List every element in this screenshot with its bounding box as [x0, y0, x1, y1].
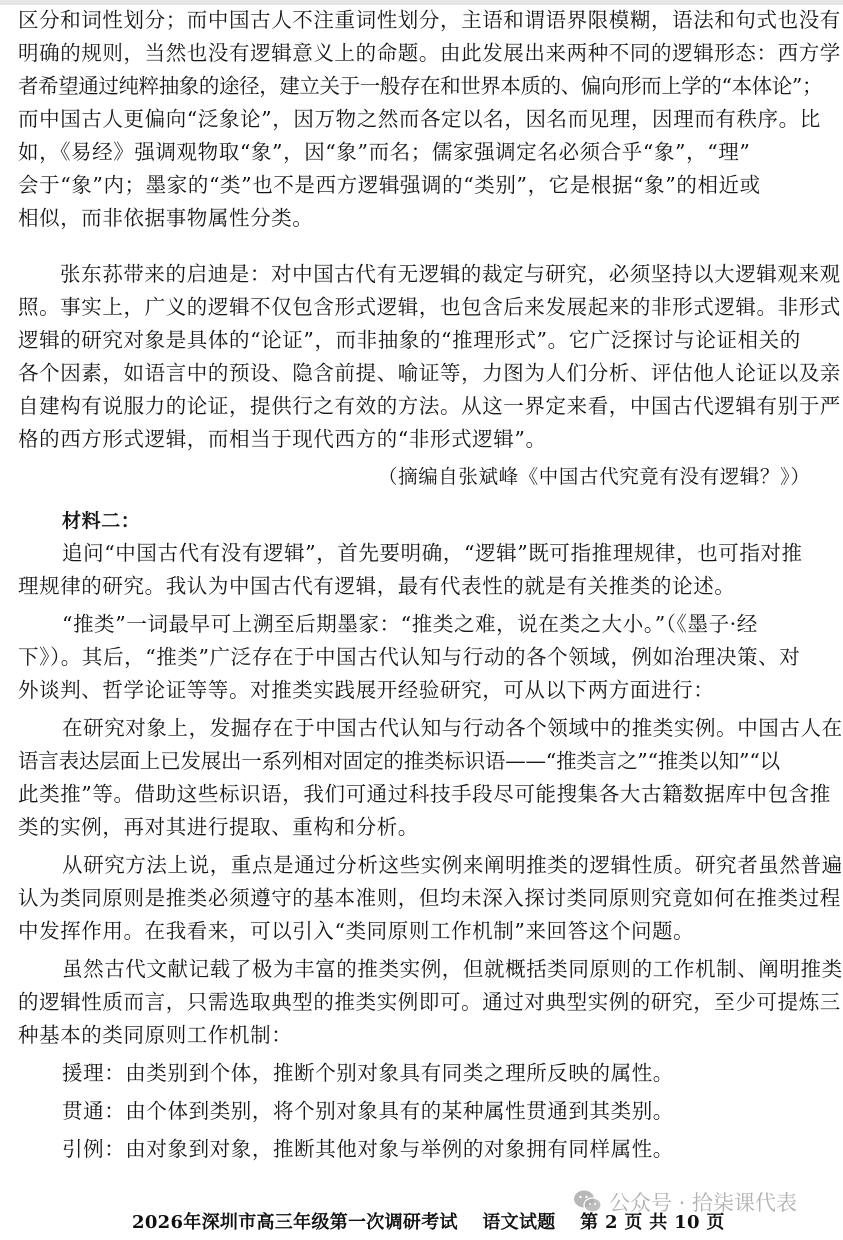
exam-title: 2026年深圳市高三年级第一次调研考试 [132, 1212, 458, 1233]
paragraph-start: 追问“中国古代有没有逻辑”，首先要明确，“逻辑”既可指推理规律，也可指对推 [62, 541, 803, 565]
text-line: 而中国古人更偏向“泛象论”，因万物之然而各定以名，因名而见理，因理而有秩序。比 [18, 107, 821, 131]
text-line: 各个因素，如语言中的预设、隐含前提、喻证等，力图为人们分析、评估他人论证以及亲 [18, 361, 841, 385]
mechanism-item: 贯通：由个体到类别，将个别对象具有的某种属性贯通到其类别。 [62, 1099, 674, 1123]
paragraph-start: 在研究对象上，发掘存在于中国古代认知与行动各个领域中的推类实例。中国古人在 [62, 716, 843, 740]
text-line: 语言表达层面上已发展出一系列相对固定的推类标识语——“推类言之”“推类以知”“以 [18, 749, 780, 773]
text-line: 区分和词性划分；而中国古人不注重词性划分，主语和谓语界限模糊，语法和句式也没有 [18, 8, 841, 32]
page-number: 第 2 页 共 10 页 [580, 1212, 725, 1233]
text-line: 下》）。其后，“推类”广泛存在于中国古代认知与行动的各个领域，例如治理决策、对 [18, 645, 800, 669]
paragraph-start: 从研究方法上说，重点是通过分析这些实例来阐明推类的逻辑性质。研究者虽然普遍 [62, 853, 843, 877]
text-line: 认为类同原则是推类必须遵守的基本准则，但均未深入探讨类同原则究竟如何在推类过程 [18, 886, 841, 910]
text-line: 逻辑的研究对象是具体的“论证”，而非抽象的“推理形式”。它广泛探讨与论证相关的 [18, 328, 801, 352]
text-line: 理规律的研究。我认为中国古代有逻辑，最有代表性的就是有关推类的论述。 [18, 574, 735, 598]
page-footer: 2026年深圳市高三年级第一次调研考试 语文试题 第 2 页 共 10 页 [132, 1208, 743, 1234]
section-heading: 材料二： [62, 509, 140, 533]
paragraph-start: 虽然古代文献记载了极为丰富的推类实例，但就概括类同原则的工作机制、阐明推类 [62, 957, 843, 981]
paragraph-start: 张东荪带来的启迪是：对中国古代有无逻辑的裁定与研究，必须坚持以大逻辑观来观 [60, 262, 841, 286]
mechanism-item: 引例：由对象到对象，推断其他对象与举例的对象拥有同样属性。 [62, 1137, 674, 1161]
paragraph-start: “推类”一词最早可上溯至后期墨家：“推类之难，说在类之大小。”（《墨子·经 [62, 612, 758, 636]
text-line: 自建构有说服力的论证，提供行之有效的方法。从这一界定来看，中国古代逻辑有别于严 [18, 394, 841, 418]
text-line: 中发挥作用。在我看来，可以引入“类同原则工作机制”来回答这个问题。 [18, 919, 694, 943]
text-line: 如，《易经》强调观物取“象”，因“象”而名；儒家强调定名必须合乎“象”，“理” [18, 140, 751, 164]
text-line: 者希望通过纯粹抽象的途径，建立关于一般存在和世界本质的、偏向形而上学的“本体论”… [18, 74, 822, 98]
text-line: 的逻辑性质而言，只需选取典型的推类实例即可。通过对典型实例的研究，至少可提炼三 [18, 990, 841, 1014]
text-line: 类的实例，再对其进行提取、重构和分析。 [18, 815, 419, 839]
text-line: 外谈判、哲学论证等等。对推类实践展开经验研究，可从以下两方面进行： [18, 678, 714, 702]
text-line: 相似，而非依据事物属性分类。 [18, 206, 313, 230]
text-line: 明确的规则，当然也没有逻辑意义上的命题。由此发展出来两种不同的逻辑形态：西方学 [18, 41, 841, 65]
top-scan-edge [0, 0, 843, 5]
text-line: 此类推”等。借助这些标识语，我们可通过科技手段尽可能搜集各大古籍数据库中包含推 [18, 782, 831, 806]
text-line: 种基本的类同原则工作机制： [18, 1023, 292, 1047]
text-line: 会于“象”内；墨家的“类”也不是西方逻辑强调的“类别”，它是根据“象”的相近或 [18, 173, 761, 197]
mechanism-item: 援理：由类别到个体，推断个别对象具有同类之理所反映的属性。 [62, 1061, 674, 1085]
subject-label: 语文试题 [482, 1212, 555, 1233]
text-line: 照。事实上，广义的逻辑不仅包含形式逻辑，也包含后来发展起来的非形式逻辑。非形式 [18, 295, 841, 319]
source-citation: （摘编自张斌峰《中国古代究竟有没有逻辑？》） [378, 465, 810, 489]
text-line: 格的西方形式逻辑，而相当于现代西方的“非形式逻辑”。 [18, 427, 547, 451]
